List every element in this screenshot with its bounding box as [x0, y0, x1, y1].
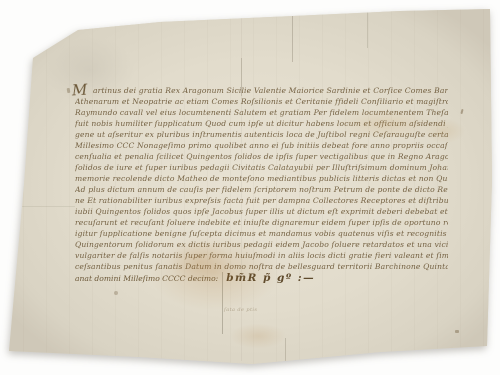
manuscript-line: ſolidos de iure et ſuper iuribus pedagii… [75, 163, 448, 174]
manuscript-line: Ad plus dictum annum de cauſis per fidel… [75, 185, 448, 196]
manuscript-line: ne Et rationabiliter iuribus expreſsis f… [75, 196, 448, 207]
manuscript-line: Raymundo cavall vel eius locumtenenti Sa… [75, 108, 448, 119]
manuscript-line: Millesimo CCC Nonageſimo primo quolibet … [75, 141, 448, 152]
ink-speck [67, 88, 71, 93]
fold-crease [292, 16, 293, 62]
fold-crease [367, 10, 368, 48]
ink-speck [114, 291, 118, 295]
manuscript-line: vulgariter de falſis notariis ſuper form… [75, 251, 448, 262]
parchment-sheet: M artinus dei gratia Rex Aragonum Sicili… [0, 0, 500, 375]
closing-date-text: anat domini Milleſimo CCCC decimo: [75, 274, 218, 283]
manuscript-line: memorie recolende dicto Matheo de monteſ… [75, 174, 448, 185]
manuscript-line: Quingentorum ſolidorum ex dictis iuribus… [75, 240, 448, 251]
manuscript-line: igitur ſupplicatione benigne ſuſcepta di… [75, 229, 448, 240]
manuscript-line: artinus dei gratia Rex Aragonum Sicilie … [93, 86, 448, 97]
photo-background: M artinus dei gratia Rex Aragonum Sicili… [0, 0, 500, 375]
manuscript-line: fuit nobis humiliter ſupplicatum Quod cu… [75, 119, 448, 130]
chancery-signum: bm̃R p̃ gº :— [226, 272, 315, 284]
manuscript-line: iubii Quingentos ſolidos quos ipſe Jacob… [75, 207, 448, 218]
docket-note: ſata de ptis [224, 307, 257, 313]
closing-date-line: anat domini Milleſimo CCCC decimo:bm̃R p… [75, 273, 315, 286]
parchment-shadow: M artinus dei gratia Rex Aragonum Sicili… [0, 0, 500, 375]
manuscript-line: recuſarunt et recuſant ſoluere indebite … [75, 218, 448, 229]
manuscript-line: gene ut aſseritur ex pluribus inſtrument… [75, 130, 448, 141]
fold-crease [285, 338, 286, 363]
manuscript-line: cenſualia et penalia ſcilicet Quingentos… [75, 152, 448, 163]
fold-crease [20, 206, 75, 207]
manuscript-line: Athenarum et Neopatrie ac etiam Comes Ro… [75, 97, 448, 108]
ink-speck [455, 330, 459, 333]
